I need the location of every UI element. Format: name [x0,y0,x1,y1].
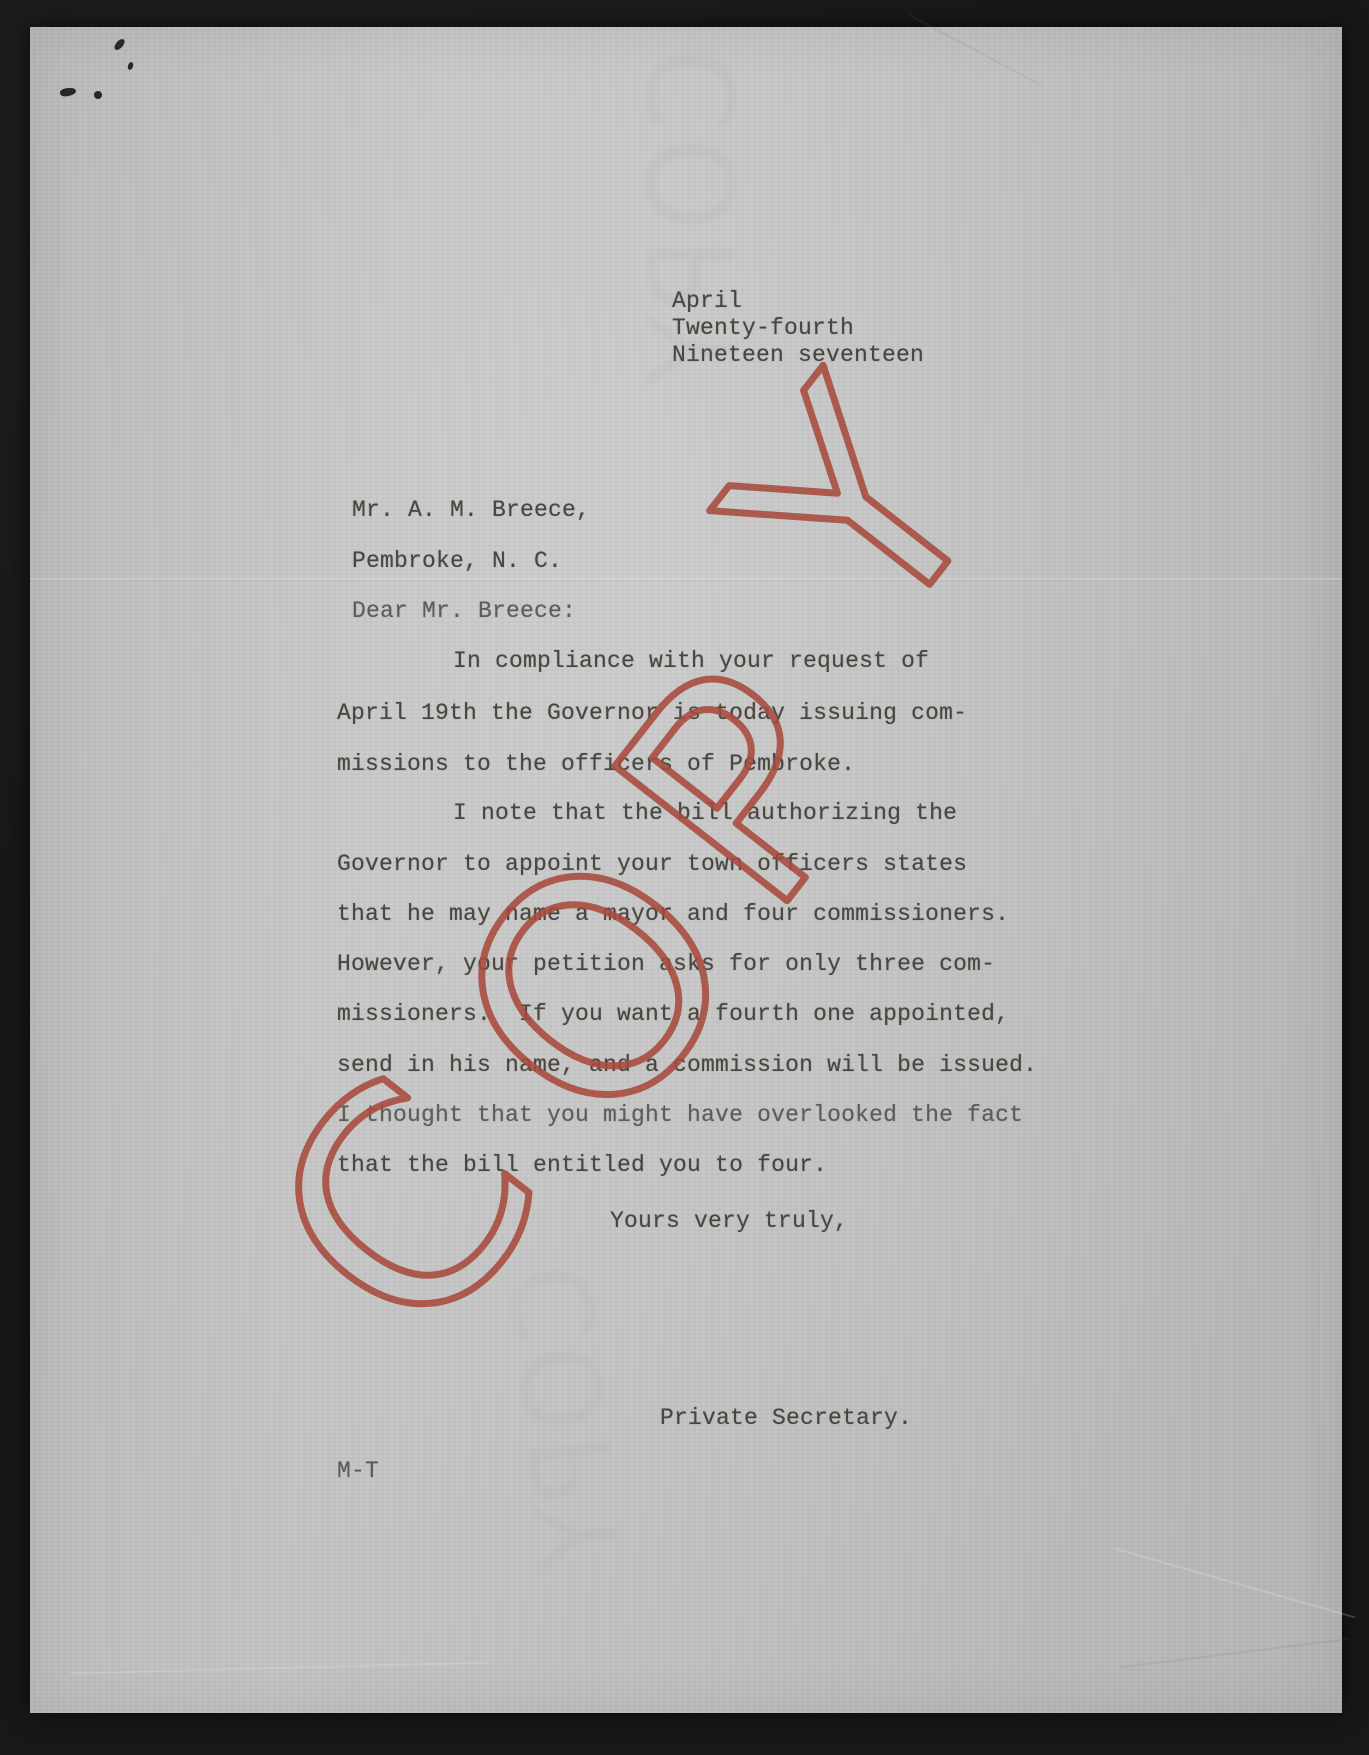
ink-speck [113,37,127,51]
ink-speck [59,86,76,97]
fold-crease [1230,957,1232,1713]
body-line: However, your petition asks for only thr… [337,951,995,978]
wrinkle [1115,1548,1356,1619]
signature-title: Private Secretary. [660,1405,912,1432]
body-line: April 19th the Governor is today issuing… [337,700,967,727]
salutation: Dear Mr. Breece: [352,598,576,625]
body-line: missioners. If you want a fourth one app… [337,1001,1009,1028]
scan-background: COPY COPY April Twenty-fourth Nineteen s… [0,0,1369,1755]
body-line: missions to the officers of Pembroke. [337,751,855,778]
wrinkle [908,14,1041,86]
ghost-impression: COPY [487,1240,808,1490]
ghost-impression: COPY [625,47,1025,247]
recipient-name: Mr. A. M. Breece, [352,497,590,524]
body-line: I note that the bill authorizing the [453,800,957,827]
typist-initials: M-T [337,1458,379,1485]
date-line-month: April [672,288,742,315]
letter-page: COPY COPY April Twenty-fourth Nineteen s… [30,27,1342,1713]
fold-crease [30,578,1342,581]
recipient-city: Pembroke, N. C. [352,548,562,575]
body-line: Governor to appoint your town officers s… [337,851,967,878]
date-line-year: Nineteen seventeen [672,342,924,369]
ink-speck [94,91,102,99]
wrinkle [70,1662,490,1675]
body-line: that the bill entitled you to four. [337,1152,827,1179]
body-line: I thought that you might have overlooked… [337,1102,1023,1129]
ink-speck [127,61,134,70]
body-line: send in his name, and a commission will … [337,1052,1037,1079]
body-line: In compliance with your request of [453,648,929,675]
date-line-day: Twenty-fourth [672,315,854,342]
body-line: that he may name a mayor and four commis… [337,901,1009,928]
wrinkle [1121,1638,1350,1668]
closing-valediction: Yours very truly, [610,1208,848,1235]
